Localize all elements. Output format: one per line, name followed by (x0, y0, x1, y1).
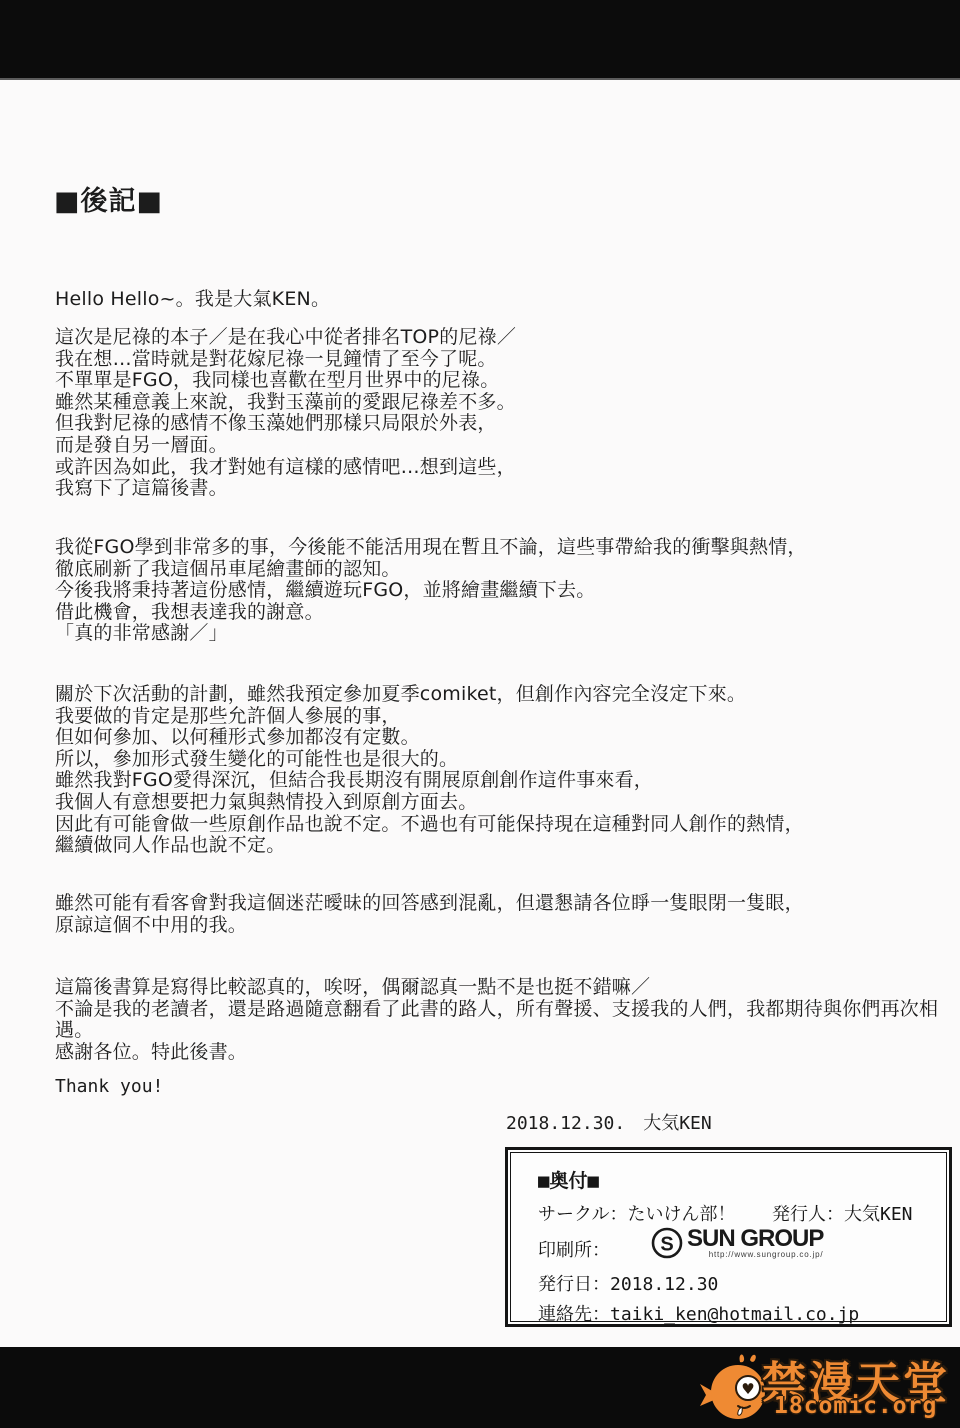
afterword-page: ■後記■ Hello Hello~。我是大氣KEN。 這次是尼祿的本子／是在我心… (0, 0, 960, 1428)
sun-group-name: SUN GROUP (687, 1226, 823, 1252)
colophon-printer-label: 印刷所： (538, 1236, 610, 1262)
afterword-paragraph: 這次是尼祿的本子／是在我心中從者排名TOP的尼祿／ 我在想…當時就是對花嫁尼祿一… (55, 327, 516, 500)
greeting-line: Hello Hello~。我是大氣KEN。 (55, 289, 330, 311)
thank-you-line: Thank you! (55, 1076, 163, 1097)
sun-group-logo: S SUN GROUP http://www.sungroup.co.jp/ (650, 1226, 823, 1264)
svg-text:S: S (660, 1234, 673, 1256)
colophon-publish-date: 発行日：2018.12.30 (538, 1270, 718, 1296)
site-watermark: ♥ 禁漫天堂 18comic.org (688, 1346, 960, 1428)
page-title: ■後記■ (54, 179, 163, 218)
colophon-publisher: 発行人：大気KEN (772, 1200, 913, 1226)
colophon-title: ■奥付■ (538, 1166, 599, 1193)
colophon-circle-name: サークル：たいけん部！ (538, 1200, 735, 1226)
sun-group-circle-s-icon: S (650, 1226, 684, 1264)
svg-text:♥: ♥ (741, 1380, 754, 1398)
sun-group-url: http://www.sungroup.co.jp/ (709, 1250, 824, 1259)
watermark-site-url: 18comic.org (774, 1393, 937, 1419)
colophon-contact-email: 連絡先：taiki_ken@hotmail.co.jp (538, 1300, 859, 1326)
afterword-paragraph: 這篇後書算是寫得比較認真的，唉呀，偶爾認真一點不是也挺不錯嘛／ 不論是我的老讀者… (55, 977, 960, 1063)
afterword-paragraph: 雖然可能有看客會對我這個迷茫曖昧的回答感到混亂，但還懇請各位睜一隻眼閉一隻眼， … (55, 893, 804, 936)
colophon-box: ■奥付■ サークル：たいけん部！ 発行人：大気KEN 印刷所： S SUN GR… (505, 1147, 952, 1327)
afterword-paragraph: 關於下次活動的計劃，雖然我預定參加夏季comiket，但創作內容完全沒定下來。 … (55, 684, 804, 857)
orange-fish-mascot-icon: ♥ (698, 1350, 770, 1428)
date-signature: 2018.12.30. 大気KEN (506, 1109, 712, 1135)
afterword-paragraph: 我從FGO學到非常多的事，今後能不能活用現在暫且不論，這些事帶給我的衝擊與熱情，… (55, 537, 807, 645)
top-black-bar (0, 0, 960, 80)
